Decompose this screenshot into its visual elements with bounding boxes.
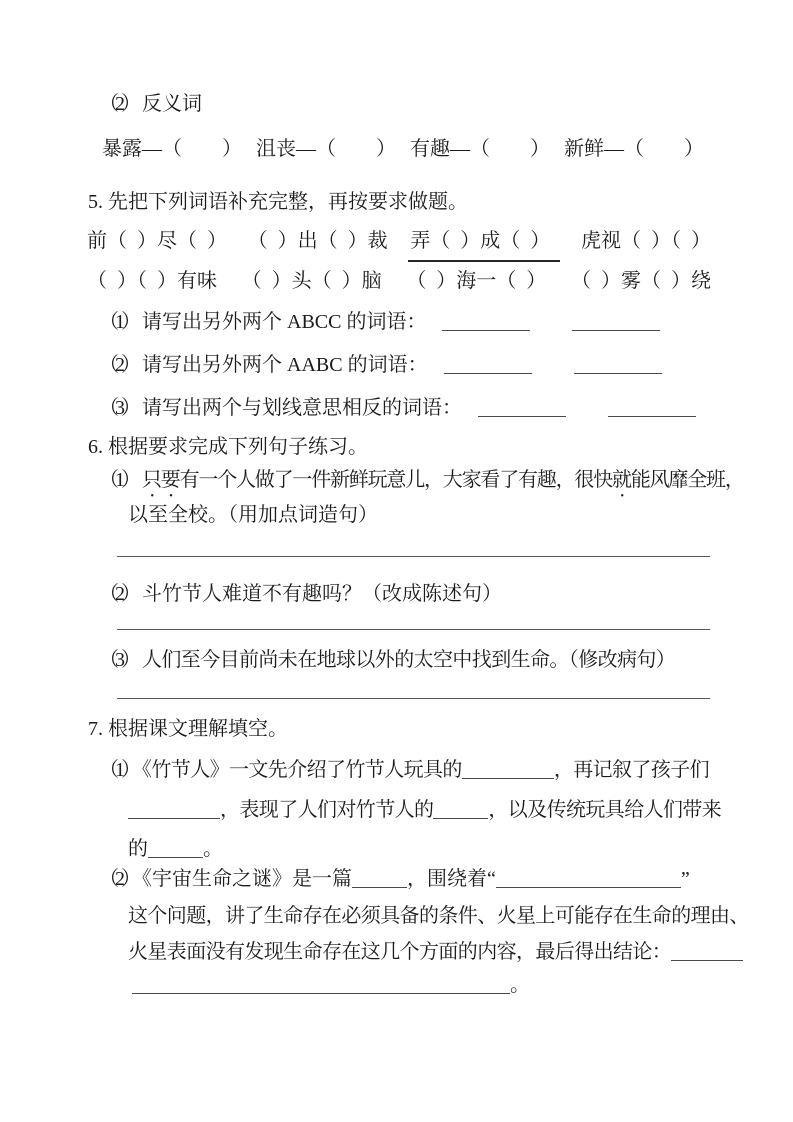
antonym-pair: 有趣—（ ） <box>410 136 550 163</box>
fill-text: ，以及传统玩具给人们带来 <box>488 799 721 821</box>
answer-blank <box>352 874 407 888</box>
question5-title: 5. 先把下列词语补充完整，再按要求做题。 <box>88 189 468 216</box>
q7-sub-1-line-3: 的。 <box>128 836 223 863</box>
answer-blank <box>442 317 530 331</box>
idiom-row-2: （ ）（ ）有味 （ ）头（ ）脑 （ ）海一（ ） （ ）雾（ ）绕 <box>87 268 711 295</box>
emphasized-word: 就 <box>612 469 631 491</box>
antonym-pair: 暴露—（ ） <box>102 136 242 163</box>
fill-text: 的 <box>128 838 148 860</box>
q7-sub-2-line-4: 。 <box>132 972 530 999</box>
antonym-heading-marker: （2） <box>99 93 137 115</box>
fill-text: 。 <box>203 838 223 860</box>
q5-sub-3-marker: （3） <box>99 397 137 419</box>
q5-sub-1-marker: （1） <box>99 311 137 333</box>
answer-line <box>117 698 710 699</box>
idiom-group: （ ）雾（ ）绕 <box>571 268 711 295</box>
q6-sub-2: （2）斗竹节人难道不有趣吗？（改成陈述句） <box>99 581 502 608</box>
closing-quote: ” <box>681 868 690 890</box>
q6-sub-1-marker: （1） <box>99 469 137 491</box>
q7-sub-1-line-1: （1）《竹节人》一文先介绍了竹节人玩具的，再记叙了孩子们 <box>99 757 709 784</box>
q5-sub-2-text: 请写出另外两个 AABC 的词语： <box>142 354 428 376</box>
fill-text: 火星表面没有发现生命存在这几个方面的内容，最后得出结论： <box>128 941 671 963</box>
q7-sub-2-marker: （2） <box>99 868 137 890</box>
idiom-group: （ ）（ ）有味 <box>87 268 217 295</box>
fill-text: ，再记叙了孩子们 <box>554 759 709 781</box>
answer-blank <box>608 403 696 417</box>
q5-sub-1: （1）请写出另外两个 ABCC 的词语： <box>99 309 660 336</box>
q6-sub-3-text: 人们至今目前尚未在地球以外的太空中找到生命。（修改病句） <box>142 649 675 671</box>
fill-text: 《竹节人》一文先介绍了竹节人玩具的 <box>142 759 462 781</box>
q7-sub-2-line-3: 火星表面没有发现生命存在这几个方面的内容，最后得出结论： <box>128 939 743 966</box>
answer-blank <box>462 765 554 779</box>
q5-sub-2: （2）请写出另外两个 AABC 的词语： <box>99 352 662 379</box>
emphasized-word: 只要 <box>142 469 180 491</box>
answer-blank <box>572 317 660 331</box>
q7-sub-2-line-2: 这个问题，讲了生命存在必须具备的条件、火星上可能存在生命的理由、 <box>128 903 749 930</box>
q6-sub-2-marker: （2） <box>99 583 137 605</box>
answer-blank <box>574 360 662 374</box>
q6-sub-3: （3）人们至今目前尚未在地球以外的太空中找到生命。（修改病句） <box>99 647 675 674</box>
q7-sub-1-marker: （1） <box>99 759 137 781</box>
answer-line <box>117 629 710 630</box>
answer-blank <box>496 874 681 888</box>
antonym-heading: （2）反义词 <box>99 91 202 118</box>
antonym-pair: 沮丧—（ ） <box>256 136 396 163</box>
q5-sub-1-text: 请写出另外两个 ABCC 的词语： <box>142 311 426 333</box>
answer-line <box>117 556 710 557</box>
q6-sub-1-line-1: （1）只要有一个人做了一件新鲜玩意儿，大家看了有趣，很快就能风靡全班， <box>99 467 744 502</box>
q6-sub-1-line-2: 以至全校。（用加点词造句） <box>128 502 378 529</box>
answer-blank <box>671 947 743 961</box>
sentence-segment: 能风靡全班， <box>631 469 744 491</box>
q6-sub-2-text: 斗竹节人难道不有趣吗？（改成陈述句） <box>142 583 502 605</box>
idiom-group: （ ）头（ ）脑 <box>242 268 382 295</box>
answer-blank <box>433 805 488 819</box>
antonym-pairs-row: 暴露—（ ） 沮丧—（ ） 有趣—（ ） 新鲜—（ ） <box>102 136 704 163</box>
answer-blank <box>148 844 203 858</box>
fill-text: ，围绕着“ <box>407 868 496 890</box>
question7-title: 7. 根据课文理解填空。 <box>88 716 288 743</box>
fill-text: ，表现了人们对竹节人的 <box>220 799 433 821</box>
worksheet-page: （2）反义词 暴露—（ ） 沮丧—（ ） 有趣—（ ） 新鲜—（ ） 5. 先把… <box>0 0 793 1122</box>
idiom-group-underlined: 弄（ ）成（ ） <box>408 228 560 262</box>
q5-sub-3-text: 请写出两个与划线意思相反的词语： <box>142 397 462 419</box>
question6-title: 6. 根据要求完成下列句子练习。 <box>88 434 368 461</box>
answer-blank <box>444 360 532 374</box>
fill-text: 《宇宙生命之谜》是一篇 <box>142 868 352 890</box>
q6-sub-3-marker: （3） <box>99 649 137 671</box>
answer-blank <box>478 403 566 417</box>
idiom-group: （ ）出（ ）裁 <box>248 228 388 262</box>
q7-sub-2-line-1: （2）《宇宙生命之谜》是一篇，围绕着“” <box>99 866 690 893</box>
antonym-pair: 新鲜—（ ） <box>564 136 704 163</box>
sentence-segment: 有一个人做了一件新鲜玩意儿，大家看了有趣，很快 <box>180 469 612 491</box>
idiom-row-1: 前（ ）尽（ ） （ ）出（ ）裁 弄（ ）成（ ） 虎视（ ）（ ） <box>87 228 711 262</box>
idiom-group: 虎视（ ）（ ） <box>581 228 711 262</box>
idiom-group: （ ）海一（ ） <box>406 268 546 295</box>
antonym-heading-label: 反义词 <box>142 93 202 115</box>
idiom-group: 前（ ）尽（ ） <box>87 228 227 262</box>
answer-blank <box>128 805 220 819</box>
q7-sub-1-line-2: ，表现了人们对竹节人的，以及传统玩具给人们带来 <box>128 797 721 824</box>
q5-sub-2-marker: （2） <box>99 354 137 376</box>
answer-blank <box>132 980 510 994</box>
q5-sub-3: （3）请写出两个与划线意思相反的词语： <box>99 395 696 422</box>
fill-text: 。 <box>510 974 530 996</box>
